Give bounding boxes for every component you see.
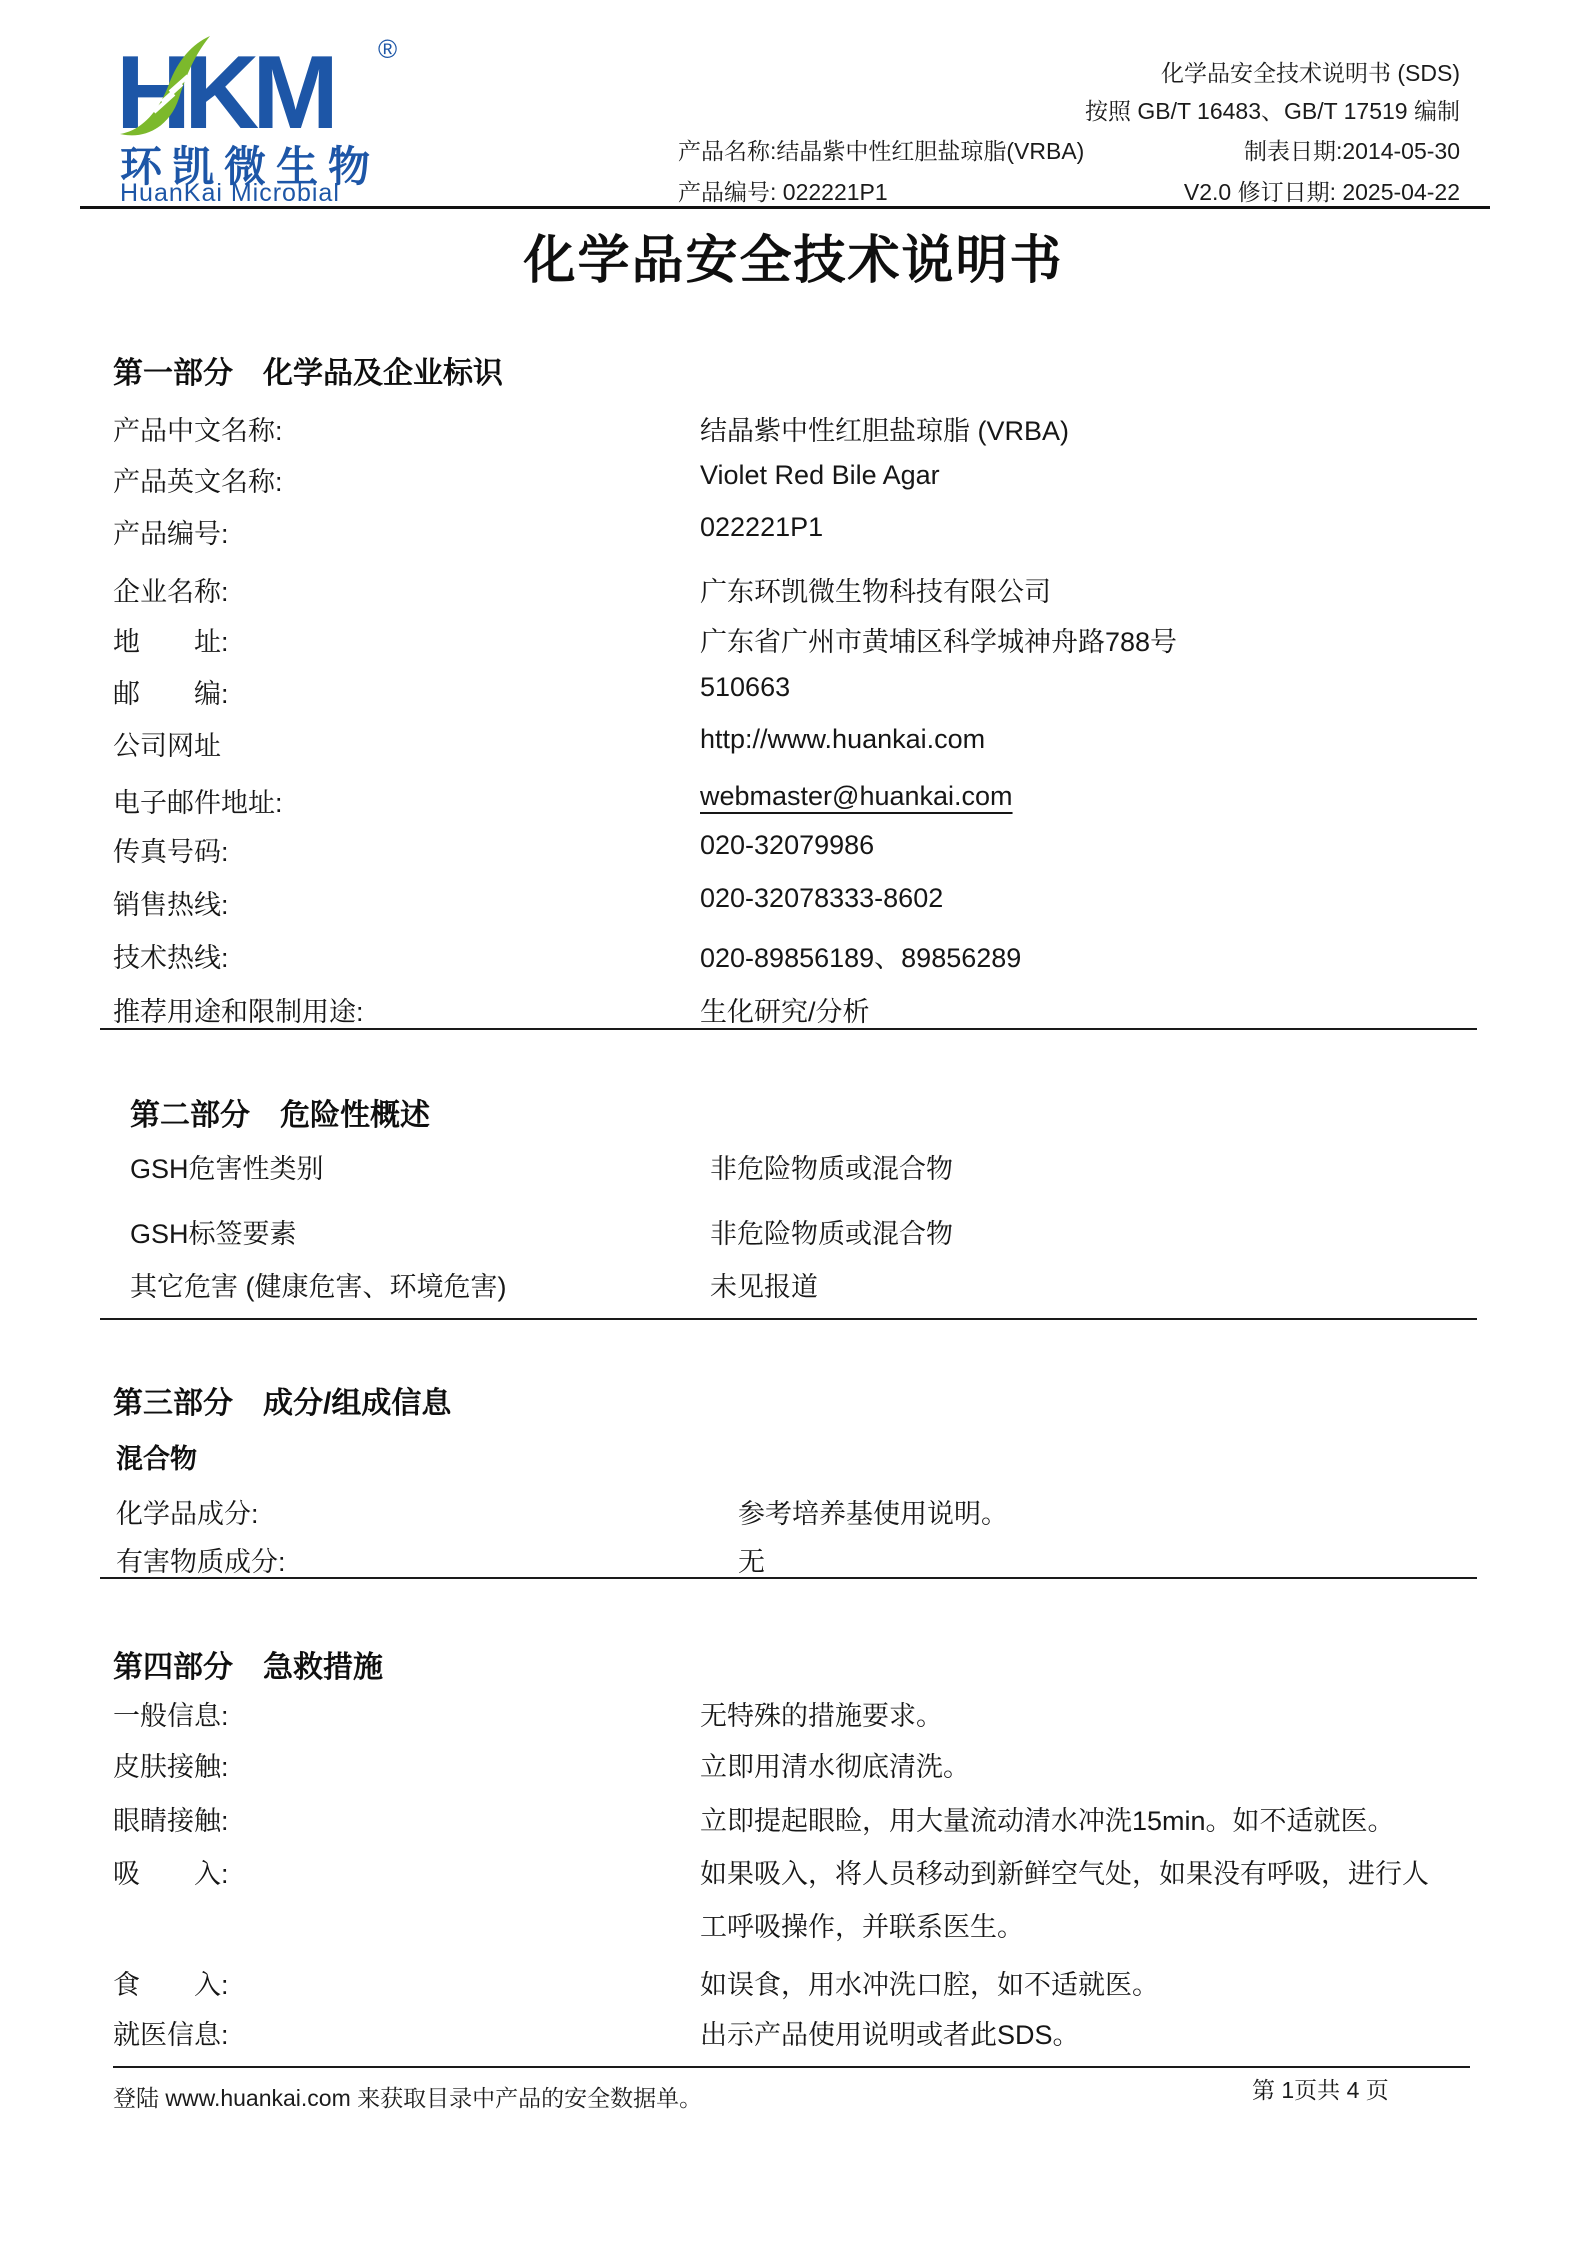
field-value: 020-32078333-8602 [700,883,943,914]
field-row: 技术热线:020-89856189、89856289 [0,936,1587,970]
field-value: 无 [738,1540,765,1579]
field-value: 未见报道 [710,1265,818,1304]
field-value: 510663 [700,672,790,703]
field-value: 非危险物质或混合物 [710,1212,953,1251]
field-row: 产品中文名称:结晶紫中性红胆盐琼脂 (VRBA) [0,409,1587,443]
field-label: 产品编号: [113,512,229,551]
field-value: 020-32079986 [700,830,874,861]
field-value: 无特殊的措施要求。 [700,1694,943,1733]
field-row: 地 址:广东省广州市黄埔区科学城神舟路788号 [0,620,1587,654]
field-value: 广东环凯微生物科技有限公司 [700,570,1051,609]
section-4-heading: 第四部分 急救措施 [113,1642,383,1686]
field-label: 技术热线: [113,936,229,975]
website-url: http://www.huankai.com [700,724,985,755]
field-label: 皮肤接触: [113,1745,229,1784]
field-row: 吸 入:如果吸入，将人员移动到新鲜空气处，如果没有呼吸，进行人 [0,1852,1587,1886]
field-row: 就医信息:出示产品使用说明或者此SDS。 [0,2013,1587,2047]
field-value: 非危险物质或混合物 [710,1147,953,1186]
field-label: 就医信息: [113,2013,229,2052]
section-1-heading: 第一部分 化学品及企业标识 [113,348,503,392]
field-row: 传真号码:020-32079986 [0,830,1587,864]
field-label: 地 址: [113,620,229,659]
field-label: 电子邮件地址: [113,781,283,820]
field-value: 立即用清水彻底清洗。 [700,1745,970,1784]
field-label: GSH标签要素 [130,1212,297,1251]
field-value: 出示产品使用说明或者此SDS。 [700,2013,1080,2052]
field-row: 皮肤接触:立即用清水彻底清洗。 [0,1745,1587,1779]
section-3-divider [100,1577,1477,1579]
header-product-code: 产品编号: 022221P1 [678,174,888,207]
document-title: 化学品安全技术说明书 [0,218,1587,293]
field-value: 生化研究/分析 [700,990,870,1029]
field-value: 如误食，用水冲洗口腔，如不适就医。 [700,1963,1159,2002]
footer-note: 登陆 www.huankai.com 来获取目录中产品的安全数据单。 [113,2080,702,2113]
header-divider [80,206,1490,209]
field-label: 化学品成分: [116,1492,259,1531]
company-logo: HKM ® [116,28,416,143]
field-label: 吸 入: [113,1852,229,1891]
field-label: 其它危害 (健康危害、环境危害) [130,1265,506,1304]
header-revision: V2.0 修订日期: 2025-04-22 [1184,174,1460,207]
header-doc-type: 化学品安全技术说明书 (SDS) [1161,55,1460,88]
field-row: 化学品成分:参考培养基使用说明。 [0,1492,1587,1526]
hkm-logo-mark: HKM ® [116,28,416,143]
field-row: 企业名称:广东环凯微生物科技有限公司 [0,570,1587,604]
field-label: 食 入: [113,1963,229,2002]
field-row: GSH标签要素非危险物质或混合物 [0,1212,1587,1246]
page-number: 第 1页共 4 页 [1252,2072,1389,2105]
logo-en-name: HuanKai Microbial [120,179,340,208]
field-row: 一般信息:无特殊的措施要求。 [0,1694,1587,1728]
field-label: 邮 编: [113,672,229,711]
field-label: GSH危害性类别 [130,1147,324,1186]
header-created-date: 制表日期:2014-05-30 [1244,133,1460,166]
section-2-divider [100,1318,1477,1320]
header-standard: 按照 GB/T 16483、GB/T 17519 编制 [1085,93,1460,126]
field-label: 传真号码: [113,830,229,869]
field-row: 产品英文名称:Violet Red Bile Agar [0,460,1587,494]
field-row-continuation: 工呼吸操作，并联系医生。 [0,1905,1587,1939]
field-value: 参考培养基使用说明。 [738,1492,1008,1531]
header-product-name: 产品名称:结晶紫中性红胆盐琼脂(VRBA) [678,133,1084,166]
email-link[interactable]: webmaster@huankai.com [700,781,1013,812]
field-value: 工呼吸操作，并联系医生。 [700,1905,1024,1944]
field-label: 一般信息: [113,1694,229,1733]
sds-page: HKM ® 环凯微生物 HuanKai Microbial 化学品安全技术说明书… [0,0,1587,2245]
field-value: 020-89856189、89856289 [700,936,1021,975]
field-value: 广东省广州市黄埔区科学城神舟路788号 [700,620,1177,659]
field-row: 邮 编:510663 [0,672,1587,706]
field-row: 产品编号:022221P1 [0,512,1587,546]
field-row: 公司网址http://www.huankai.com [0,724,1587,758]
field-label: 销售热线: [113,883,229,922]
field-row: 有害物质成分:无 [0,1540,1587,1574]
section-1-divider [100,1028,1477,1030]
field-value: 022221P1 [700,512,823,543]
field-row: 其它危害 (健康危害、环境危害)未见报道 [0,1265,1587,1299]
field-row: 推荐用途和限制用途:生化研究/分析 [0,990,1587,1024]
field-value: 如果吸入，将人员移动到新鲜空气处，如果没有呼吸，进行人 [700,1852,1429,1891]
field-label: 推荐用途和限制用途: [113,990,364,1029]
field-row: 销售热线:020-32078333-8602 [0,883,1587,917]
field-label: 公司网址 [113,724,221,763]
field-label: 有害物质成分: [116,1540,286,1579]
section-2-heading: 第二部分 危险性概述 [130,1090,430,1134]
footer-divider [113,2066,1470,2068]
registered-mark-icon: ® [378,34,397,64]
field-value: 立即提起眼睑，用大量流动清水冲洗15min。如不适就医。 [700,1799,1395,1838]
mixture-subheading: 混合物 [116,1437,197,1476]
section-3-heading: 第三部分 成分/组成信息 [113,1378,451,1422]
field-row: 食 入:如误食，用水冲洗口腔，如不适就医。 [0,1963,1587,1997]
field-row: 电子邮件地址:webmaster@huankai.com [0,781,1587,815]
field-row: GSH危害性类别非危险物质或混合物 [0,1147,1587,1181]
field-value: Violet Red Bile Agar [700,460,940,491]
field-label: 眼睛接触: [113,1799,229,1838]
field-value: 结晶紫中性红胆盐琼脂 (VRBA) [700,409,1069,448]
field-label: 产品中文名称: [113,409,283,448]
field-row: 眼睛接触:立即提起眼睑，用大量流动清水冲洗15min。如不适就医。 [0,1799,1587,1833]
field-label: 企业名称: [113,570,229,609]
field-label: 产品英文名称: [113,460,283,499]
